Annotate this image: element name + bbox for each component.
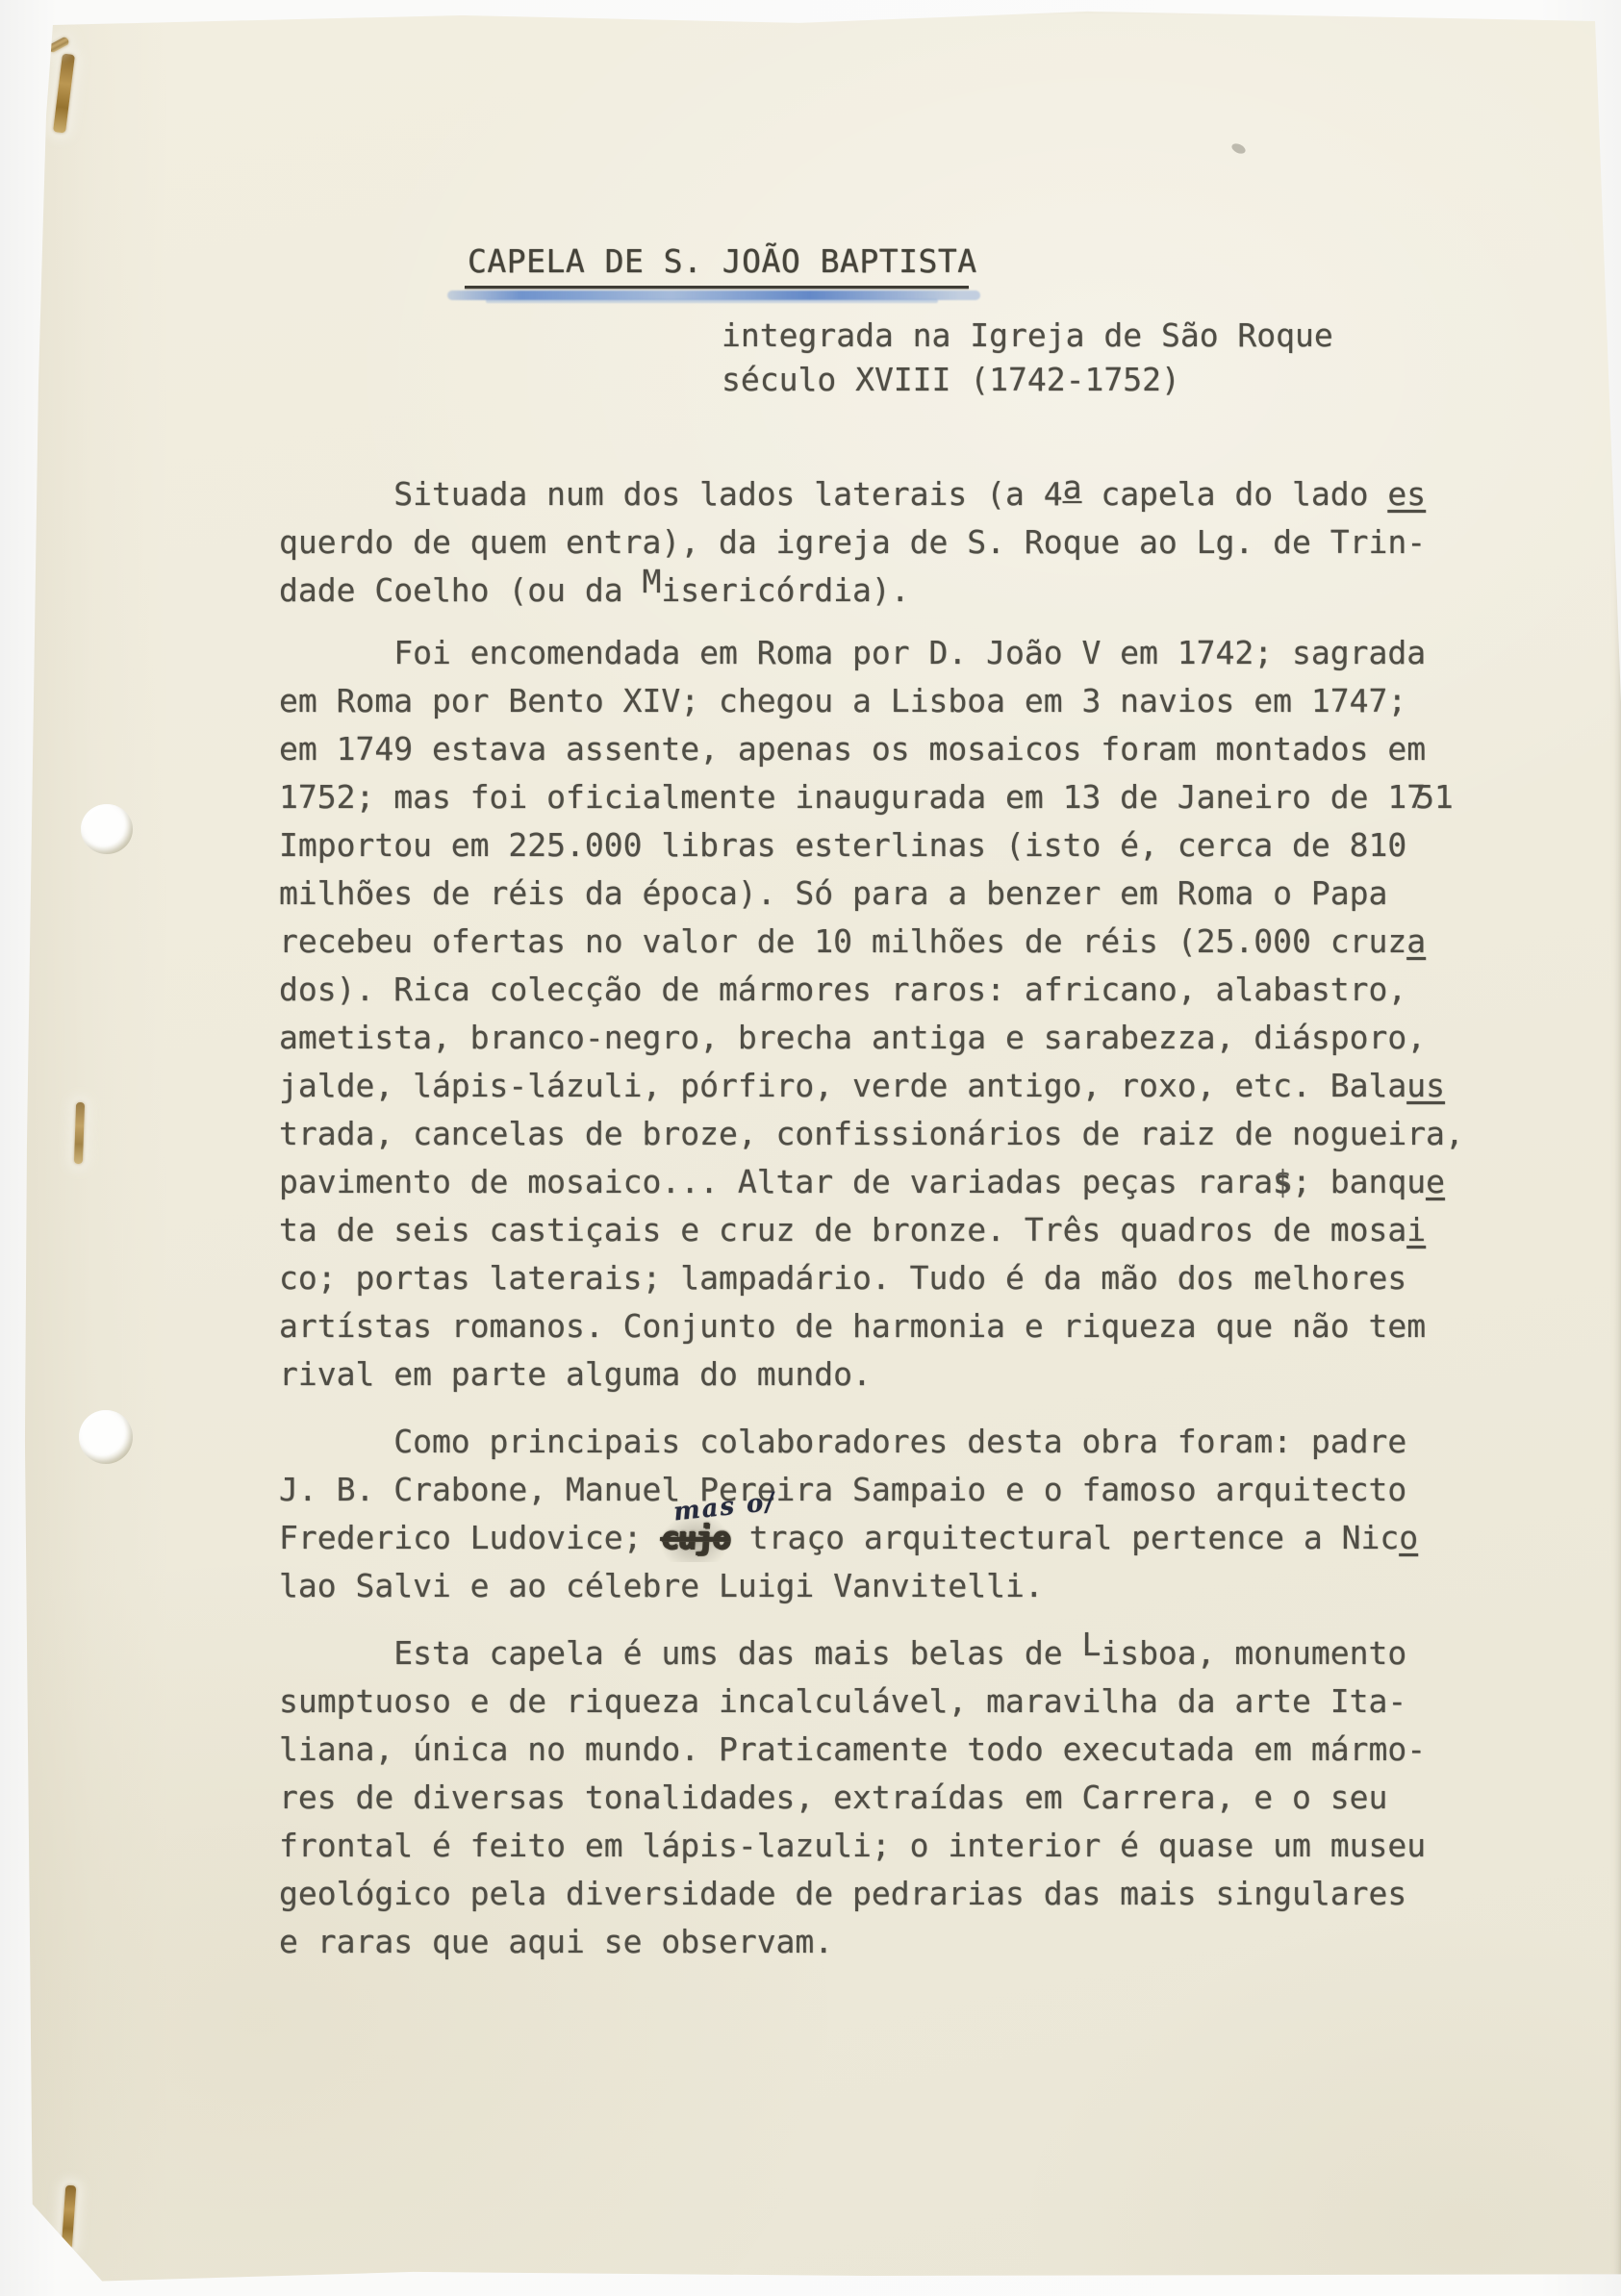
typescript-line: 1752; mas foi oficialmente inaugurada em…: [279, 773, 1510, 821]
typescript-line: trada, cancelas de broze, confissionário…: [279, 1110, 1510, 1158]
line-segment: recebeu ofertas no valor de 10 milhões d…: [279, 922, 1406, 960]
line-segment: Esta capela é ums das mais belas de: [279, 1634, 1081, 1672]
paragraph-3: Como principais colaboradores desta obra…: [279, 1418, 1510, 1610]
line-segment: isboa, monumento: [1101, 1634, 1406, 1672]
typescript-line: J. B. Crabone, Manuel Pereira Sampaio e …: [279, 1466, 1510, 1514]
typescript-layer: CAPELA DE S. JOÃO BAPTISTA integrada na …: [0, 0, 1621, 2296]
line-segment: a: [1406, 922, 1426, 960]
line-segment: us: [1406, 1067, 1445, 1104]
scanned-document: CAPELA DE S. JOÃO BAPTISTA integrada na …: [0, 0, 1621, 2296]
line-segment: 51: [1415, 778, 1454, 816]
line-segment: a: [1063, 468, 1082, 506]
line-segment: ta de seis castiçais e cruz de bronze. T…: [279, 1211, 1406, 1249]
document-subtitle: integrada na Igreja de São Roqueséculo X…: [722, 314, 1333, 402]
typescript-line: sumptuoso e de riqueza incalculável, mar…: [279, 1678, 1510, 1726]
typescript-line: e raras que aqui se observam.: [279, 1918, 1510, 1966]
line-segment: L: [1081, 1626, 1101, 1663]
typescript-line: Situada num dos lados laterais (a 4a cap…: [279, 470, 1510, 518]
typescript-line: Frederico Ludovice; cujo traço arquitect…: [279, 1514, 1510, 1562]
title-underline-typed: [465, 286, 969, 289]
paragraph-2: Foi encomendada em Roma por D. João V em…: [279, 629, 1510, 1399]
line-segment: jalde, lápis-lázuli, pórfiro, verde anti…: [279, 1067, 1406, 1104]
line-segment: o: [1399, 1519, 1418, 1556]
typescript-line: pavimento de mosaico... Altar de variada…: [279, 1158, 1510, 1206]
line-segment: pavimento de mosaico... Altar de variada…: [279, 1163, 1292, 1200]
typescript-line: res de diversas tonalidades, extraídas e…: [279, 1774, 1510, 1822]
line-segment: capela do lado: [1081, 475, 1387, 513]
typescript-line: co; portas laterais; lampadário. Tudo é …: [279, 1254, 1510, 1302]
typescript-line: ametista, branco-negro, brecha antiga e …: [279, 1014, 1510, 1062]
typescript-line: em 1749 estava assente, apenas os mosaic…: [279, 725, 1510, 773]
paragraph-4: Esta capela é ums das mais belas de Lisb…: [279, 1629, 1510, 1966]
typescript-line: frontal é feito em lápis-lazuli; o inter…: [279, 1822, 1510, 1870]
line-segment: $: [1273, 1163, 1292, 1200]
document-title: CAPELA DE S. JOÃO BAPTISTA: [468, 242, 977, 281]
title-underline-blue-crayon-secondary: [486, 299, 938, 303]
typescript-line: liana, única no mundo. Praticamente todo…: [279, 1726, 1510, 1774]
stain-dot-bottom-left: [62, 2255, 72, 2263]
line-segment: ; banqu: [1292, 1163, 1426, 1200]
typescript-line: recebeu ofertas no valor de 10 milhões d…: [279, 918, 1510, 966]
line-segment: Situada num dos lados laterais (a 4: [279, 475, 1063, 513]
typescript-line: Foi encomendada em Roma por D. João V em…: [279, 629, 1510, 677]
typescript-line: em Roma por Bento XIV; chegou a Lisboa e…: [279, 677, 1510, 725]
line-segment: traço arquitectural pertence a Nic: [730, 1519, 1399, 1556]
line-segment: e: [1426, 1163, 1445, 1200]
typescript-line: Importou em 225.000 libras esterlinas (i…: [279, 821, 1510, 870]
typescript-line: jalde, lápis-lázuli, pórfiro, verde anti…: [279, 1062, 1510, 1110]
typescript-line: século XVIII (1742-1752): [722, 358, 1333, 402]
line-segment: i: [1406, 1211, 1426, 1249]
line-segment: 1752; mas foi oficialmente inaugurada em…: [279, 778, 1426, 816]
typescript-line: geológico pela diversidade de pedrarias …: [279, 1870, 1510, 1918]
typescript-line: milhões de réis da época). Só para a ben…: [279, 870, 1510, 918]
line-segment: isericórdia).: [661, 571, 909, 609]
typescript-line: integrada na Igreja de São Roque: [722, 314, 1333, 358]
typescript-line: querdo de quem entra), da igreja de S. R…: [279, 518, 1510, 567]
line-segment: M: [643, 563, 662, 600]
line-segment: dade Coelho (ou da: [279, 571, 643, 609]
paper-sheet: CAPELA DE S. JOÃO BAPTISTA integrada na …: [0, 0, 1621, 2296]
typescript-line: lao Salvi e ao célebre Luigi Vanvitelli.: [279, 1562, 1510, 1610]
typescript-line: Como principais colaboradores desta obra…: [279, 1418, 1510, 1466]
typescript-line: dade Coelho (ou da Misericórdia).: [279, 567, 1510, 615]
typescript-line: Esta capela é ums das mais belas de Lisb…: [279, 1629, 1510, 1678]
line-segment: Frederico Ludovice;: [279, 1519, 661, 1556]
typescript-line: artístas romanos. Conjunto de harmonia e…: [279, 1302, 1510, 1350]
line-segment: es: [1387, 475, 1426, 513]
typescript-line: dos). Rica colecção de mármores raros: a…: [279, 966, 1510, 1014]
paragraph-1: Situada num dos lados laterais (a 4a cap…: [279, 470, 1510, 615]
typescript-line: rival em parte alguma do mundo.: [279, 1350, 1510, 1399]
typescript-line: ta de seis castiçais e cruz de bronze. T…: [279, 1206, 1510, 1254]
